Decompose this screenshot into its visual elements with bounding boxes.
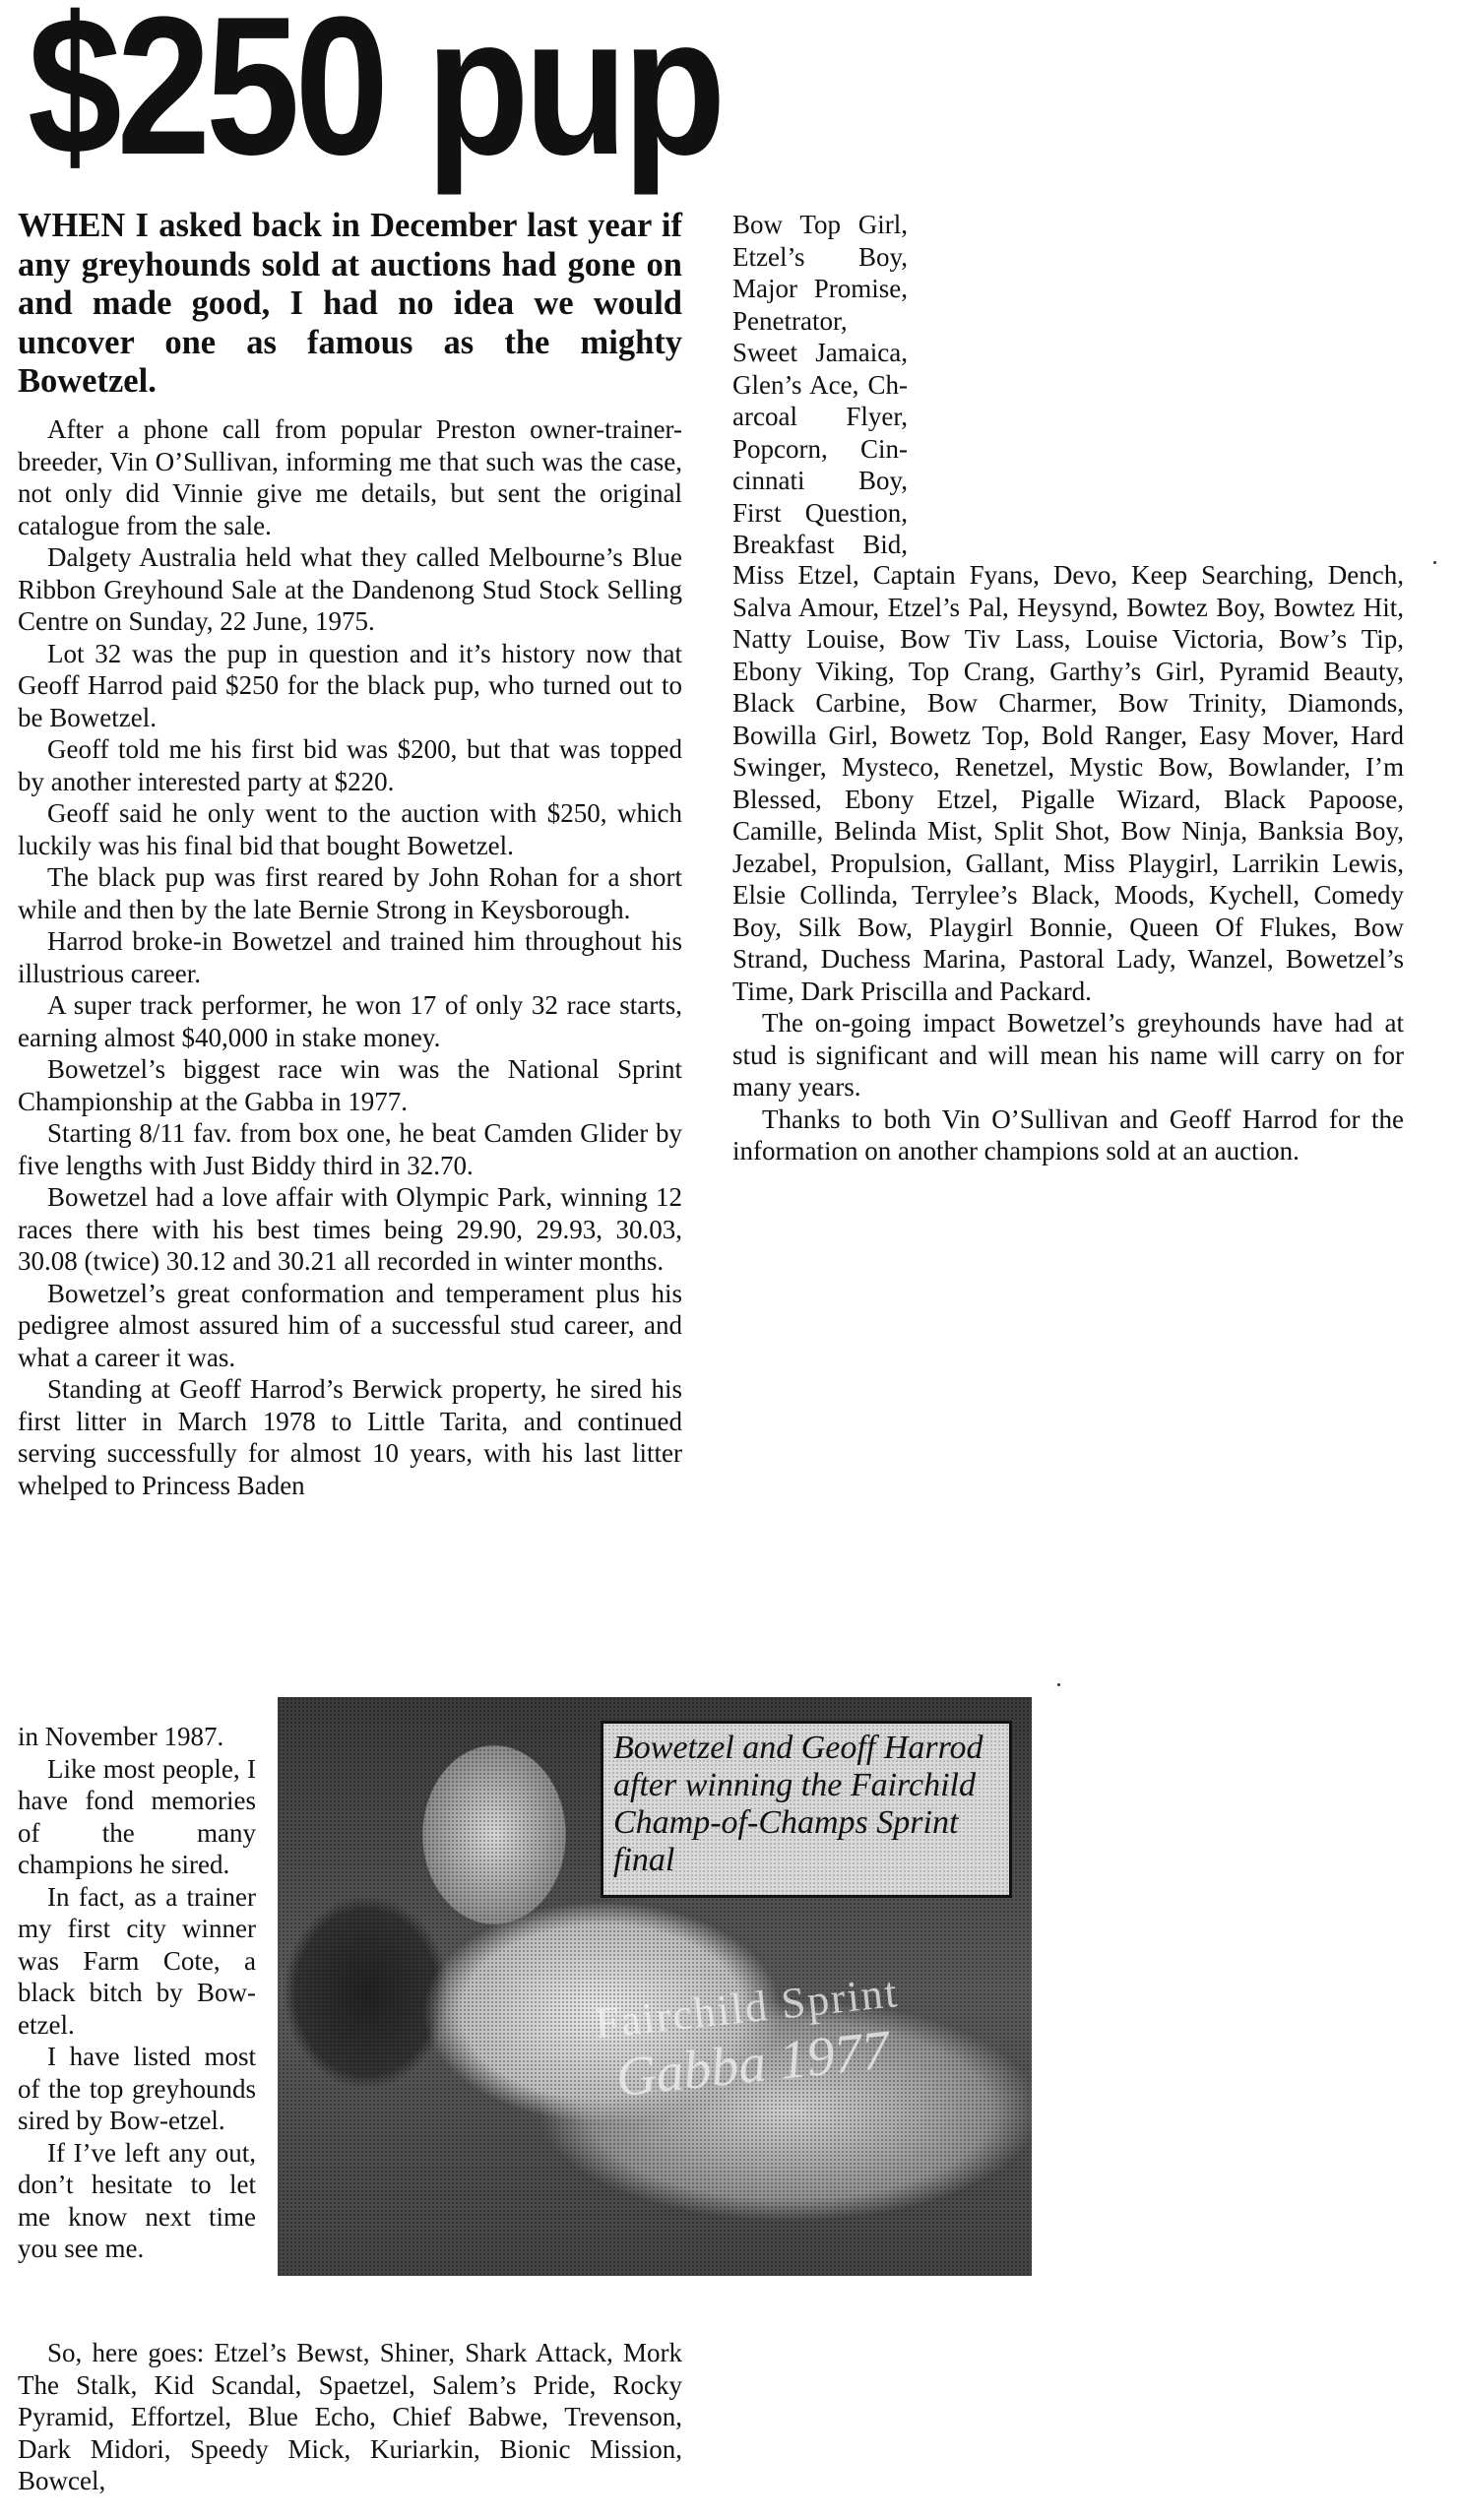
- narrow-column: in November 1987. Like most people, I ha…: [18, 1721, 256, 2265]
- list-line: First Question,: [732, 497, 908, 530]
- list-line: arcoal Flyer,: [732, 401, 908, 433]
- paragraph: If I’ve left any out, don’t hesitate to …: [18, 2137, 256, 2265]
- paragraph: Starting 8/11 fav. from box one, he beat…: [18, 1117, 682, 1181]
- list-line: Breakfast Bid,: [732, 529, 908, 561]
- paragraph: Geoff said he only went to the auction w…: [18, 797, 682, 861]
- paragraph: Thanks to both Vin O’Sullivan and Geoff …: [732, 1103, 1404, 1167]
- paragraph-continuation: in November 1987.: [18, 1721, 256, 1753]
- paragraph: In fact, as a trainer my first city winn…: [18, 1881, 256, 2042]
- paragraph: Harrod broke-in Bowetzel and trained him…: [18, 925, 682, 989]
- paragraph: Bowetzel had a love affair with Olympic …: [18, 1181, 682, 1278]
- paragraph: Standing at Geoff Harrod’s Berwick prope…: [18, 1373, 682, 1501]
- list-line: cinnati Boy,: [732, 465, 908, 497]
- list-line: Etzel’s Boy,: [732, 241, 908, 274]
- paragraph: The on-going impact Bowetzel’s greyhound…: [732, 1007, 1404, 1103]
- blanket-text: Fairchild Sprint Gabba 1977: [568, 1964, 932, 2113]
- paragraph: Bowetzel’s great conformation and temper…: [18, 1278, 682, 1374]
- paragraph: Like most people, I have fond memories o…: [18, 1753, 256, 1881]
- left-column: After a phone call from popular Preston …: [18, 413, 682, 1501]
- list-line: Penetrator,: [732, 305, 908, 338]
- photo-caption-box: Bowetzel and Geoff Harrod after winning …: [601, 1721, 1012, 1898]
- list-line: Major Promise,: [732, 273, 908, 305]
- paragraph: Geoff told me his first bid was $200, bu…: [18, 733, 682, 797]
- lead-paragraph: WHEN I asked back in December last year …: [18, 207, 682, 402]
- greyhound-list: Miss Etzel, Captain Fyans, Devo, Keep Se…: [732, 559, 1404, 1007]
- paragraph: I have listed most of the top greyhounds…: [18, 2041, 256, 2137]
- bottom-column: So, here goes: Etzel’s Bewst, Shiner, Sh…: [18, 2337, 682, 2497]
- paragraph: So, here goes: Etzel’s Bewst, Shiner, Sh…: [18, 2337, 682, 2497]
- list-line: Popcorn, Cin-: [732, 433, 908, 466]
- paragraph: Lot 32 was the pup in question and it’s …: [18, 638, 682, 734]
- scan-speck: [1433, 561, 1436, 564]
- paragraph: After a phone call from popular Preston …: [18, 413, 682, 541]
- photo-bowetzel-harrod: Fairchild Sprint Gabba 1977 Bowetzel and…: [278, 1697, 1032, 2276]
- photo-caption: Bowetzel and Geoff Harrod after winning …: [613, 1730, 999, 1879]
- headline: $250 pup: [28, 0, 721, 185]
- paragraph: Bowetzel’s biggest race win was the Nati…: [18, 1053, 682, 1117]
- paragraph: Dalgety Australia held what they called …: [18, 541, 682, 638]
- right-column: Miss Etzel, Captain Fyans, Devo, Keep Se…: [732, 559, 1404, 1167]
- paragraph: The black pup was first reared by John R…: [18, 861, 682, 925]
- paragraph: A super track performer, he won 17 of on…: [18, 989, 682, 1053]
- list-line: Bow Top Girl,: [732, 209, 908, 241]
- list-line: Sweet Jamaica,: [732, 337, 908, 369]
- scan-speck: [1057, 1683, 1060, 1686]
- right-narrow-list: Bow Top Girl, Etzel’s Boy, Major Promise…: [732, 209, 908, 561]
- list-line: Glen’s Ace, Ch-: [732, 369, 908, 402]
